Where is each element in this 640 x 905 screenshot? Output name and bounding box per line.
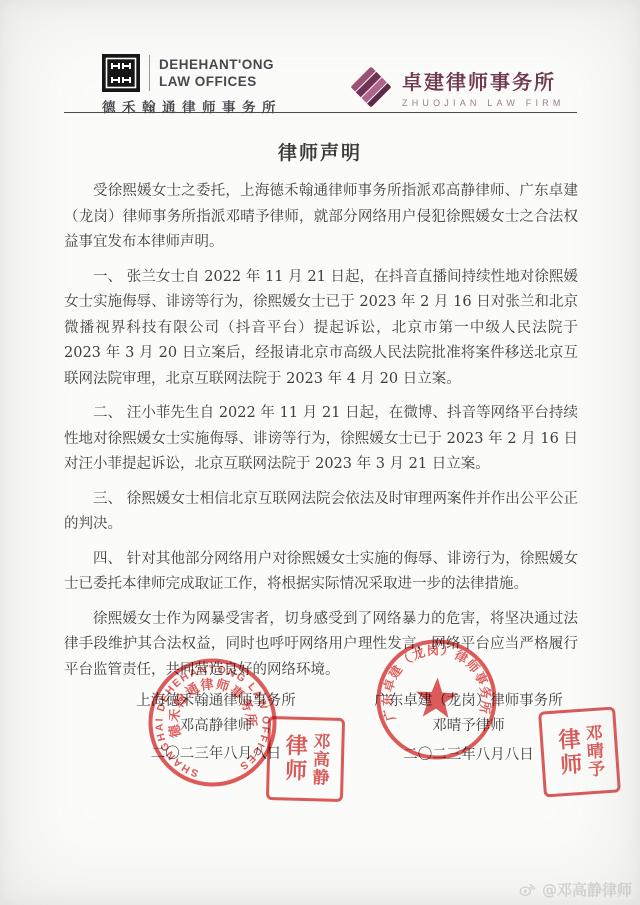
document-page: DEHEHANT'ONG LAW OFFICES 德禾翰通律师事务所 卓建律师事… [0, 0, 640, 905]
dehehantong-name-en: DEHEHANT'ONG LAW OFFICES [159, 56, 274, 90]
header-rule [64, 112, 577, 113]
deng-gaojing-seal: 律师 邓高静 [266, 716, 345, 802]
dehehantong-name-cn: 德禾翰通律师事务所 [102, 96, 282, 116]
seal-title-column: 律师 [281, 719, 309, 798]
dehehantong-round-stamp: SHANGHAI DEHEHANTONG LAW OFFICES 德禾翰通律师事… [139, 649, 285, 795]
zhuojian-name-cn: 卓建律师事务所 [402, 66, 565, 95]
zhuojian-logo: 卓建律师事务所 ZHUOJIAN LAW FIRM [350, 64, 565, 110]
paragraph-item-2: 二、 汪小菲先生自 2022 年 11 月 21 日起，在微博、抖音等网络平台持… [64, 401, 578, 478]
paragraph-item-4: 四、 针对其他部分网络用户对徐熙媛女士实施的侮辱、诽谤行为，徐熙媛女士已委托本律… [64, 547, 578, 598]
deng-qingyu-seal: 律师 邓晴予 [538, 706, 621, 797]
seal-name-column: 邓高静 [307, 720, 330, 799]
dehehantong-monogram-icon [102, 54, 140, 92]
dehehantong-name-line1: DEHEHANT'ONG [159, 56, 274, 73]
zhuojian-name-en: ZHUOJIAN LAW FIRM [402, 98, 565, 108]
watermark: @邓高静律师 [518, 879, 632, 900]
zhuojian-round-stamp: 广东卓建（龙岗）律师事务所 [370, 633, 503, 766]
zhuojian-names: 卓建律师事务所 ZHUOJIAN LAW FIRM [402, 66, 565, 108]
paragraph-item-1: 一、 张兰女士自 2022 年 11 月 21 日起，在抖音直播间持续性地对徐熙… [64, 265, 578, 393]
logo-divider [149, 55, 150, 91]
stamp-star-icon [415, 676, 459, 718]
dehehantong-logo: DEHEHANT'ONG LAW OFFICES [102, 54, 274, 92]
watermark-text: @邓高静律师 [542, 879, 632, 900]
weibo-icon [518, 880, 537, 899]
dehehantong-name-line2: LAW OFFICES [159, 73, 274, 90]
page-title: 律师声明 [0, 138, 640, 165]
zhuojian-diamond-icon [350, 64, 392, 110]
seal-name-column: 邓晴予 [579, 710, 606, 791]
paragraph-item-3: 三、 徐熙媛女士相信北京互联网法院会依法及时审理两案件并作出公平公正的判决。 [64, 487, 578, 538]
statement-body: 受徐熙媛女士之委托，上海德禾翰通律师事务所指派邓高静律师、广东卓建（龙岗）律师事… [64, 179, 578, 692]
paragraph-intro: 受徐熙媛女士之委托，上海德禾翰通律师事务所指派邓高静律师、广东卓建（龙岗）律师事… [64, 179, 578, 256]
